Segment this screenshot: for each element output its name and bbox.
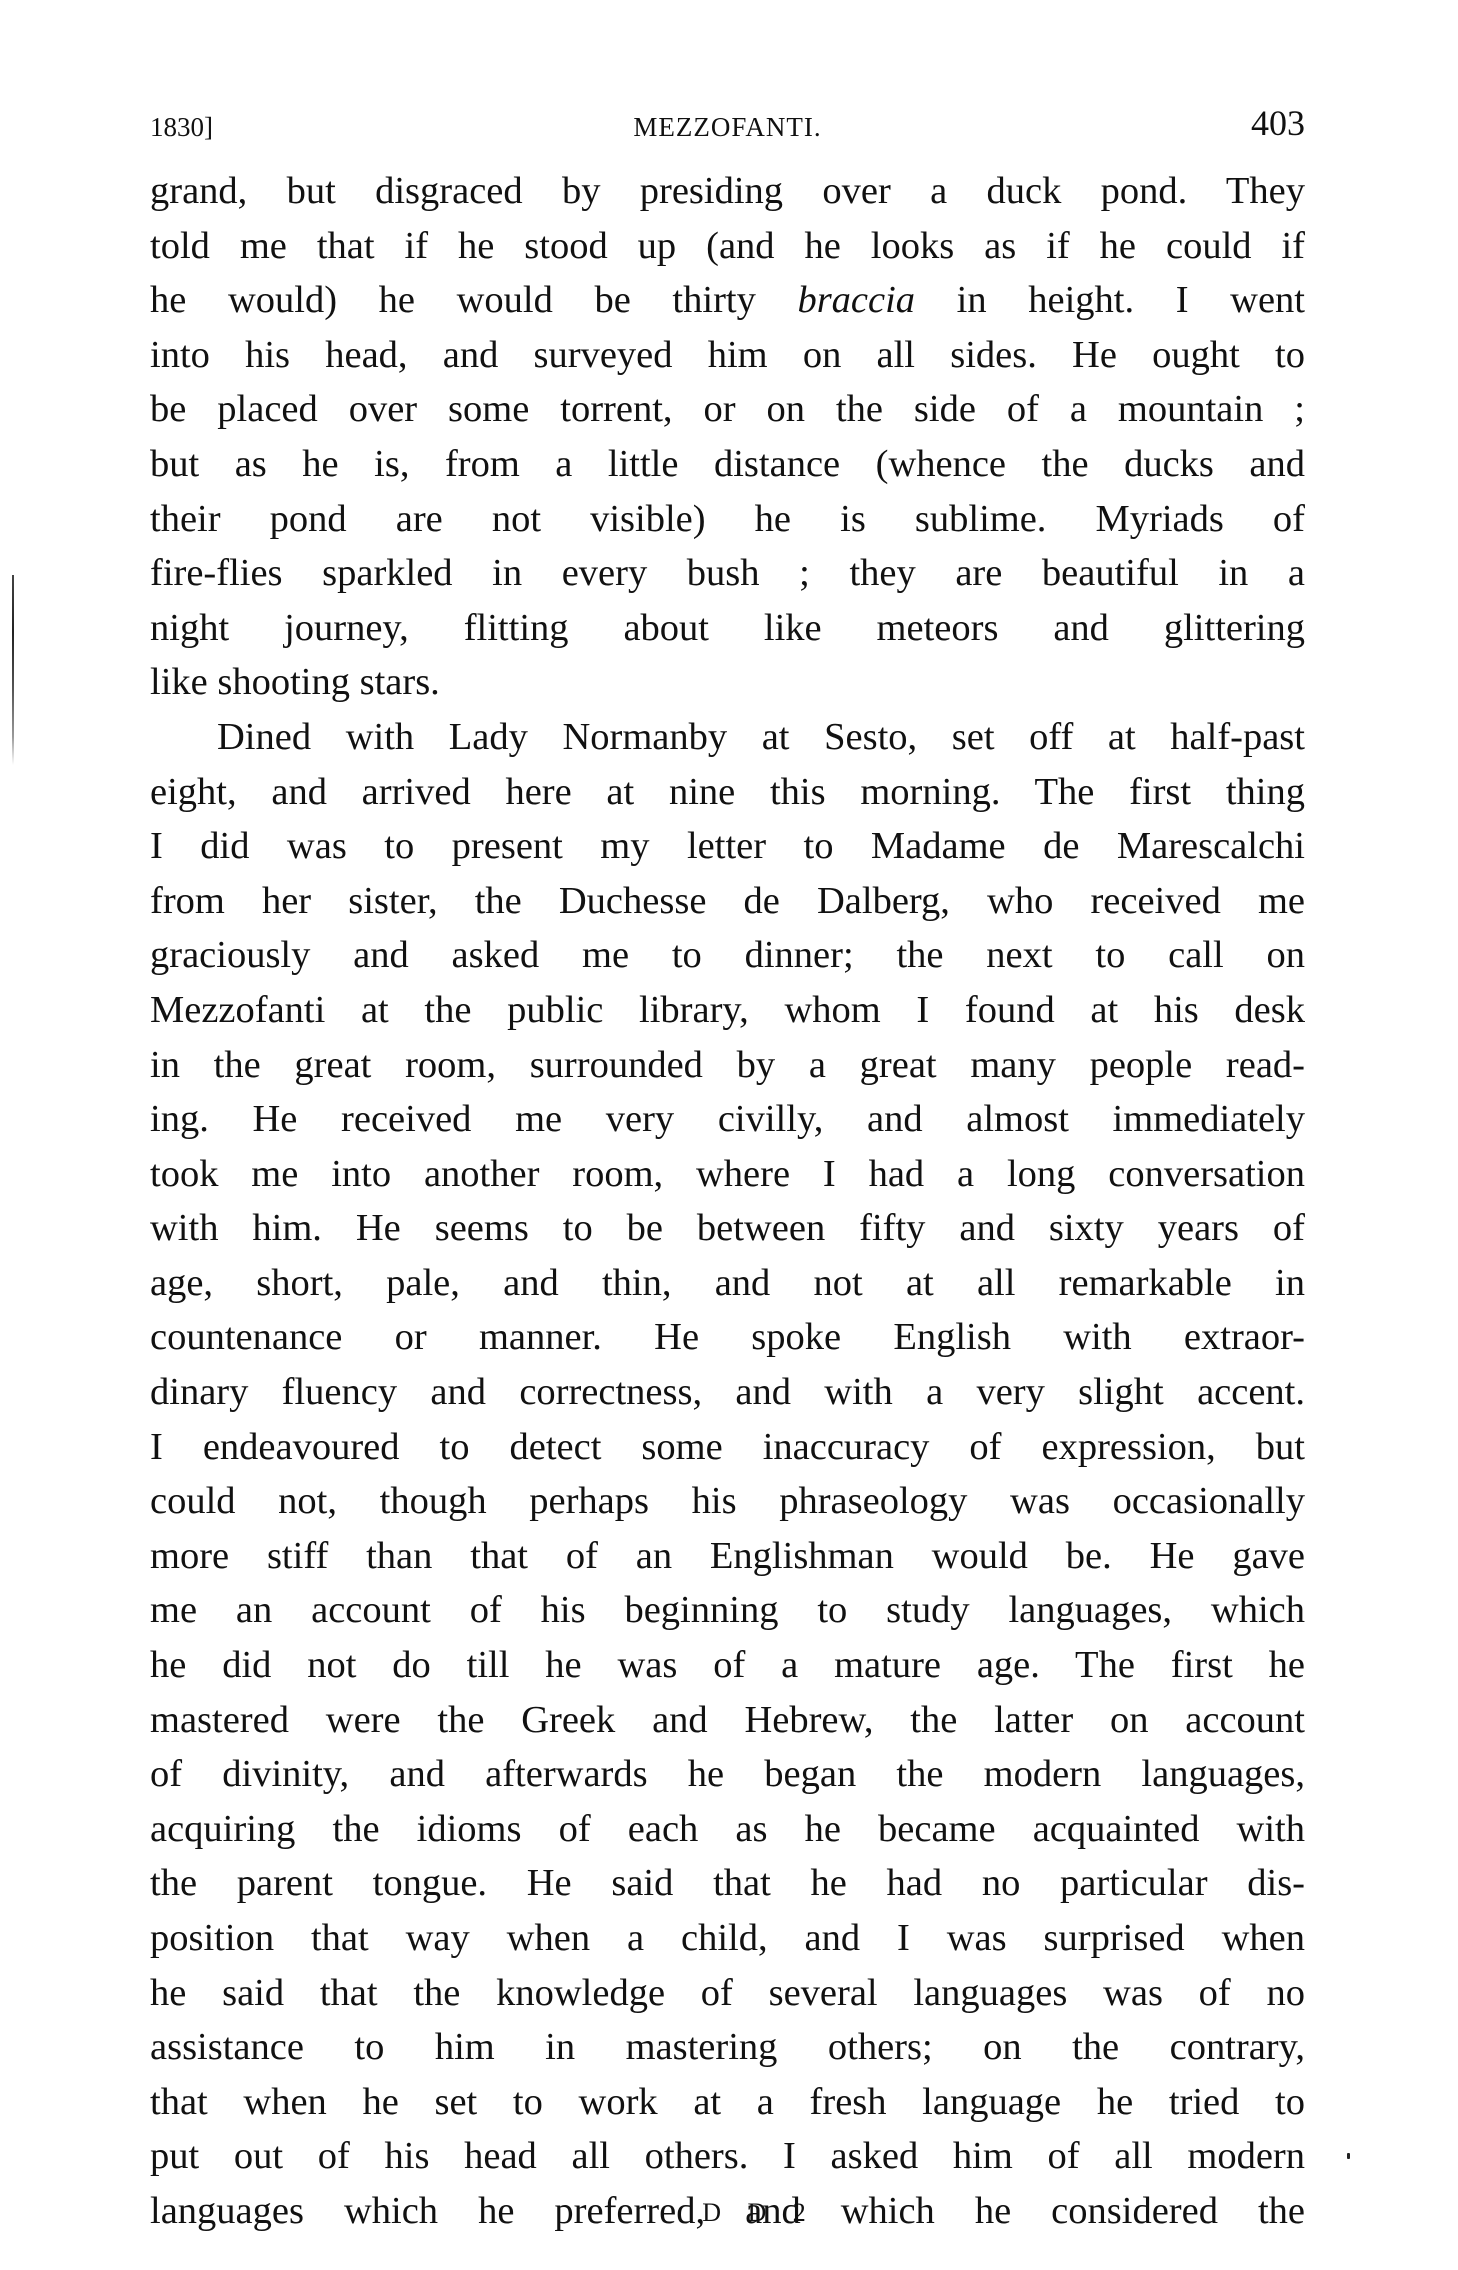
text-line: Dined with Lady Normanby at Sesto, set o… bbox=[150, 710, 1305, 765]
text-line: into his head, and surveyed him on all s… bbox=[150, 328, 1305, 383]
running-head: 1830] MEZZOFANTI. 403 bbox=[150, 100, 1305, 150]
signature-mark: D D 2 bbox=[0, 2198, 1458, 2228]
text-line: with him. He seems to be between fifty a… bbox=[150, 1201, 1305, 1256]
text-line: could not, though perhaps his phraseolog… bbox=[150, 1474, 1305, 1529]
text-line: grand, but disgraced by presiding over a… bbox=[150, 164, 1305, 219]
body-text: grand, but disgraced by presiding over a… bbox=[150, 164, 1305, 2239]
text-line: that when he set to work at a fresh lang… bbox=[150, 2075, 1305, 2130]
margin-scan-mark bbox=[12, 575, 14, 765]
italic-term: braccia bbox=[797, 279, 915, 321]
text-line: told me that if he stood up (and he look… bbox=[150, 219, 1305, 274]
text-line: eight, and arrived here at nine this mor… bbox=[150, 765, 1305, 820]
page-number: 403 bbox=[1251, 98, 1305, 148]
scan-speck bbox=[1347, 2153, 1350, 2159]
text-line: in the great room, surrounded by a great… bbox=[150, 1038, 1305, 1093]
text-line: took me into another room, where I had a… bbox=[150, 1147, 1305, 1202]
text-line: graciously and asked me to dinner; the n… bbox=[150, 928, 1305, 983]
text-line: Mezzofanti at the public library, whom I… bbox=[150, 983, 1305, 1038]
text-line: he said that the knowledge of several la… bbox=[150, 1966, 1305, 2021]
text-run: he would) he would be thirty bbox=[150, 279, 797, 321]
text-line: the parent tongue. He said that he had n… bbox=[150, 1856, 1305, 1911]
text-line: he did not do till he was of a mature ag… bbox=[150, 1638, 1305, 1693]
text-line: night journey, flitting about like meteo… bbox=[150, 601, 1305, 656]
text-line: dinary fluency and correctness, and with… bbox=[150, 1365, 1305, 1420]
text-line: ing. He received me very civilly, and al… bbox=[150, 1092, 1305, 1147]
text-line: me an account of his beginning to study … bbox=[150, 1583, 1305, 1638]
text-line: I did was to present my letter to Madame… bbox=[150, 819, 1305, 874]
text-line: assistance to him in mastering others; o… bbox=[150, 2020, 1305, 2075]
text-line: from her sister, the Duchesse de Dalberg… bbox=[150, 874, 1305, 929]
text-line: more stiff than that of an Englishman wo… bbox=[150, 1529, 1305, 1584]
text-line: put out of his head all others. I asked … bbox=[150, 2129, 1305, 2184]
text-line: their pond are not visible) he is sublim… bbox=[150, 492, 1305, 547]
text-line: I endeavoured to detect some inaccuracy … bbox=[150, 1420, 1305, 1475]
text-line: but as he is, from a little distance (wh… bbox=[150, 437, 1305, 492]
text-line: of divinity, and afterwards he began the… bbox=[150, 1747, 1305, 1802]
text-line: like shooting stars. bbox=[150, 655, 1305, 710]
running-head-title: MEZZOFANTI. bbox=[150, 102, 1305, 152]
text-run: in height. I went bbox=[915, 279, 1305, 321]
text-line: acquiring the idioms of each as he becam… bbox=[150, 1802, 1305, 1857]
text-line: age, short, pale, and thin, and not at a… bbox=[150, 1256, 1305, 1311]
text-line: he would) he would be thirty braccia in … bbox=[150, 273, 1305, 328]
text-line: fire-flies sparkled in every bush ; they… bbox=[150, 546, 1305, 601]
text-line: be placed over some torrent, or on the s… bbox=[150, 382, 1305, 437]
text-line: position that way when a child, and I wa… bbox=[150, 1911, 1305, 1966]
text-line: countenance or manner. He spoke English … bbox=[150, 1310, 1305, 1365]
text-line: mastered were the Greek and Hebrew, the … bbox=[150, 1693, 1305, 1748]
